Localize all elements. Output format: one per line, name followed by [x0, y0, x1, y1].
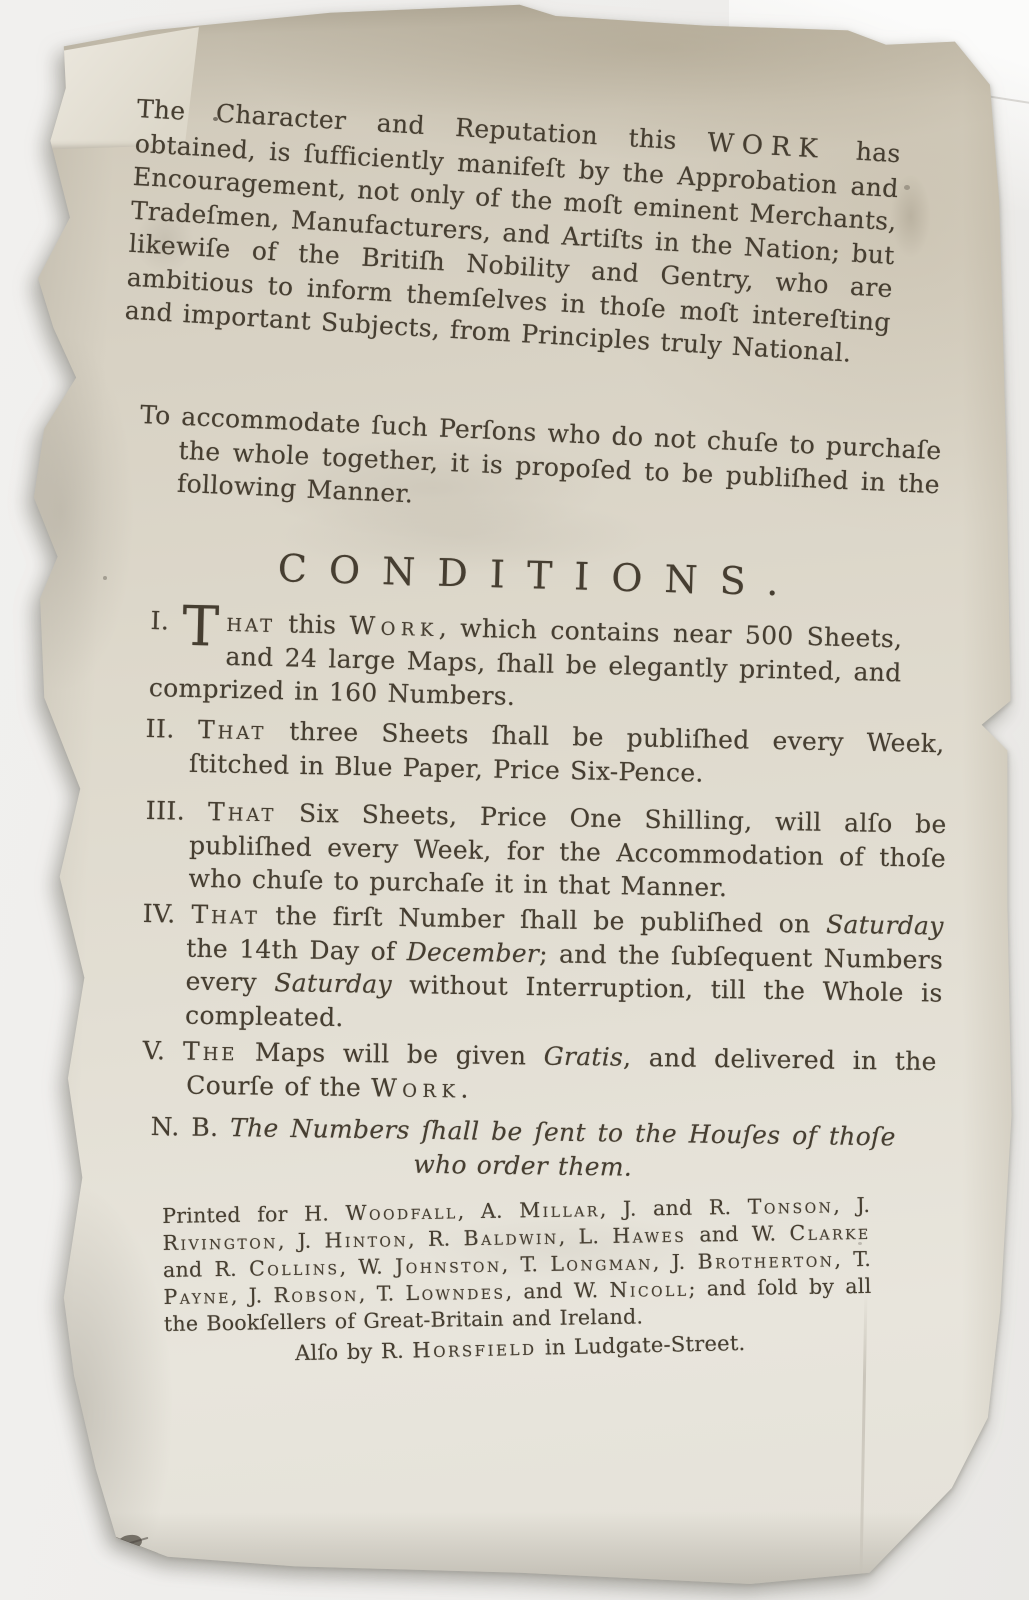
intro-paragraph-1: The Character and Reputation this WORK h… [124, 92, 902, 372]
condition-item-3: III. That Six Sheets, Price One Shilling… [144, 794, 947, 908]
paper-shadow-wrap: The Character and Reputation this WORK h… [0, 0, 1029, 1600]
ink-speck [213, 117, 218, 121]
printer-imprint: Printed for H. Woodfall, A. Millar, J. a… [162, 1192, 872, 1338]
ink-speck [103, 576, 107, 580]
condition-item-5: V. The Maps will be given Gratis, and de… [142, 1034, 937, 1112]
condition-item-1: I. That this Work, which contains near 5… [149, 604, 903, 723]
ink-speck [904, 185, 910, 190]
condition-item-4: IV. That the firſt Number ſhall be publi… [141, 897, 944, 1044]
ink-speck [858, 1242, 862, 1245]
nota-bene-note: N. B. The Numbers ſhall be ſent to the H… [150, 1110, 896, 1187]
pencil-mark-x [56, 1537, 149, 1565]
document-page: The Character and Reputation this WORK h… [0, 0, 1029, 1600]
photo-background: The Character and Reputation this WORK h… [0, 0, 1029, 1600]
